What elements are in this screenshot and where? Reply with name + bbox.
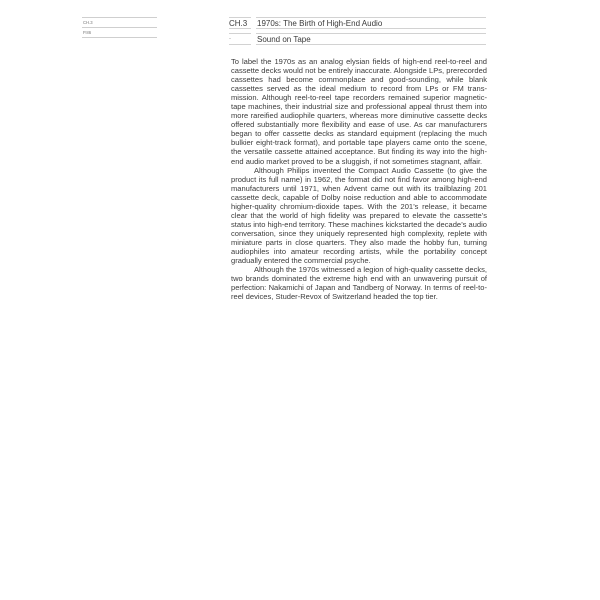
section-title: Sound on Tape (256, 33, 486, 45)
chapter-header: CH.3 1970s: The Birth of High-End Audio … (229, 17, 486, 49)
section-marker: - (229, 33, 251, 45)
paragraph: Although the 1970s witnessed a legion of… (231, 265, 487, 301)
chapter-number: CH.3 (229, 17, 251, 29)
margin-page-number: P.86 (82, 27, 157, 38)
section-title-row: - Sound on Tape (229, 33, 486, 45)
chapter-title: 1970s: The Birth of High-End Audio (256, 17, 486, 29)
margin-running-head: CH.3 P.86 (82, 17, 157, 38)
body-text: To label the 1970s as an analog elysian … (231, 57, 487, 301)
margin-chapter-label: CH.3 (82, 17, 157, 27)
paragraph: Although Philips invented the Compact Au… (231, 166, 487, 266)
chapter-title-row: CH.3 1970s: The Birth of High-End Audio (229, 17, 486, 29)
paragraph: To label the 1970s as an analog elysian … (231, 57, 487, 166)
